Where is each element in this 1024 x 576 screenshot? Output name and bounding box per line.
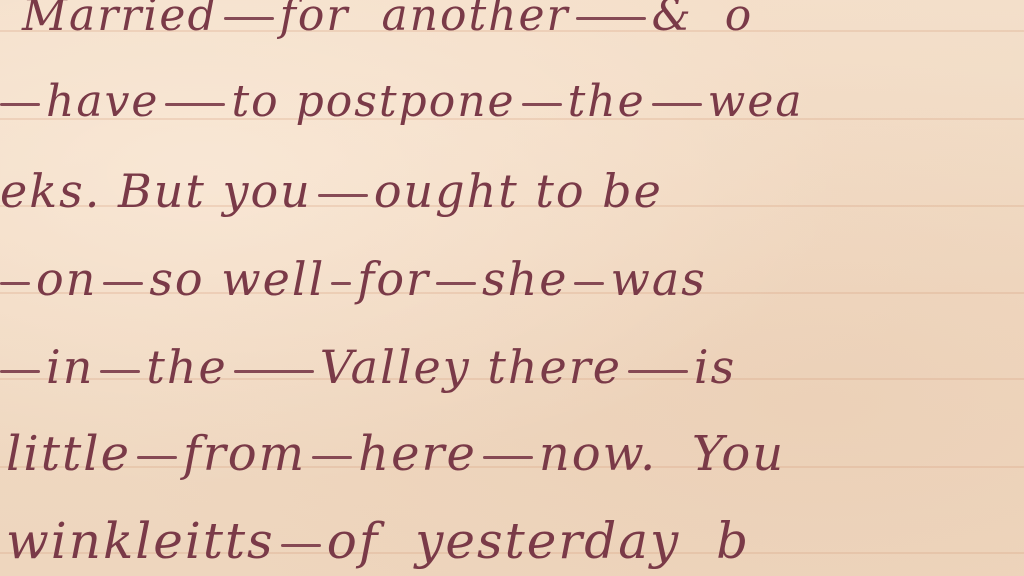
pen-stroke	[234, 370, 314, 373]
word: little	[6, 430, 131, 478]
word: another	[381, 0, 569, 38]
word: in	[46, 344, 94, 390]
word: was	[610, 256, 706, 302]
pen-stroke	[652, 103, 702, 106]
word: yesterday	[415, 516, 680, 566]
handwritten-line-2: haveto postponethewea	[0, 80, 804, 124]
word: she	[482, 256, 568, 302]
pen-stroke	[103, 282, 143, 285]
pen-stroke	[281, 544, 321, 547]
word: well	[221, 256, 325, 302]
word: be	[602, 168, 663, 214]
word: you	[223, 168, 312, 214]
pen-stroke	[574, 282, 604, 285]
word: for	[280, 0, 350, 38]
pen-stroke	[628, 370, 688, 373]
word: on	[36, 256, 97, 302]
word: from	[183, 430, 306, 478]
word: &	[652, 0, 693, 38]
pen-stroke	[165, 103, 225, 106]
pen-stroke	[0, 370, 40, 373]
pen-stroke	[318, 194, 368, 197]
pen-stroke	[312, 456, 352, 459]
pen-stroke	[522, 103, 562, 106]
word: the	[146, 344, 227, 390]
word: have	[46, 80, 159, 124]
word: Valley	[320, 344, 471, 390]
word: ought	[374, 168, 519, 214]
pen-stroke	[436, 282, 476, 285]
word: there	[487, 344, 622, 390]
pen-stroke	[224, 17, 274, 20]
pen-stroke	[0, 103, 40, 106]
word: wea	[708, 80, 804, 124]
word: winkleitts	[6, 516, 275, 566]
word: here	[358, 430, 477, 478]
word: Married	[22, 0, 218, 38]
pen-stroke	[483, 456, 533, 459]
handwritten-line-3: eks. But youought to be	[0, 168, 663, 214]
handwritten-line-4: onso wellforshewas	[0, 256, 707, 302]
pen-stroke	[0, 282, 30, 285]
word: to	[231, 80, 279, 124]
word: is	[694, 344, 736, 390]
handwritten-line-1: Marriedfor another& o	[22, 0, 753, 38]
handwritten-line-7: winkleittsof yesterday b	[6, 516, 750, 566]
word: to	[535, 168, 585, 214]
handwritten-line-6: littlefromherenow. You	[6, 430, 785, 478]
word: so	[149, 256, 204, 302]
word: You	[692, 430, 785, 478]
letter-page: Marriedfor another& o haveto postponethe…	[0, 0, 1024, 576]
word: the	[568, 80, 646, 124]
word: of	[327, 516, 380, 566]
word: postpone	[296, 80, 516, 124]
pen-stroke	[100, 370, 140, 373]
word: for	[357, 256, 430, 302]
word: now.	[539, 430, 657, 478]
pen-stroke	[137, 456, 177, 459]
word: o	[725, 0, 754, 38]
word: But	[118, 168, 206, 214]
pen-stroke	[576, 17, 646, 20]
word: b	[716, 516, 750, 566]
word: eks.	[0, 168, 101, 214]
pen-stroke	[331, 282, 351, 285]
handwritten-line-5: intheValley thereis	[0, 344, 736, 390]
